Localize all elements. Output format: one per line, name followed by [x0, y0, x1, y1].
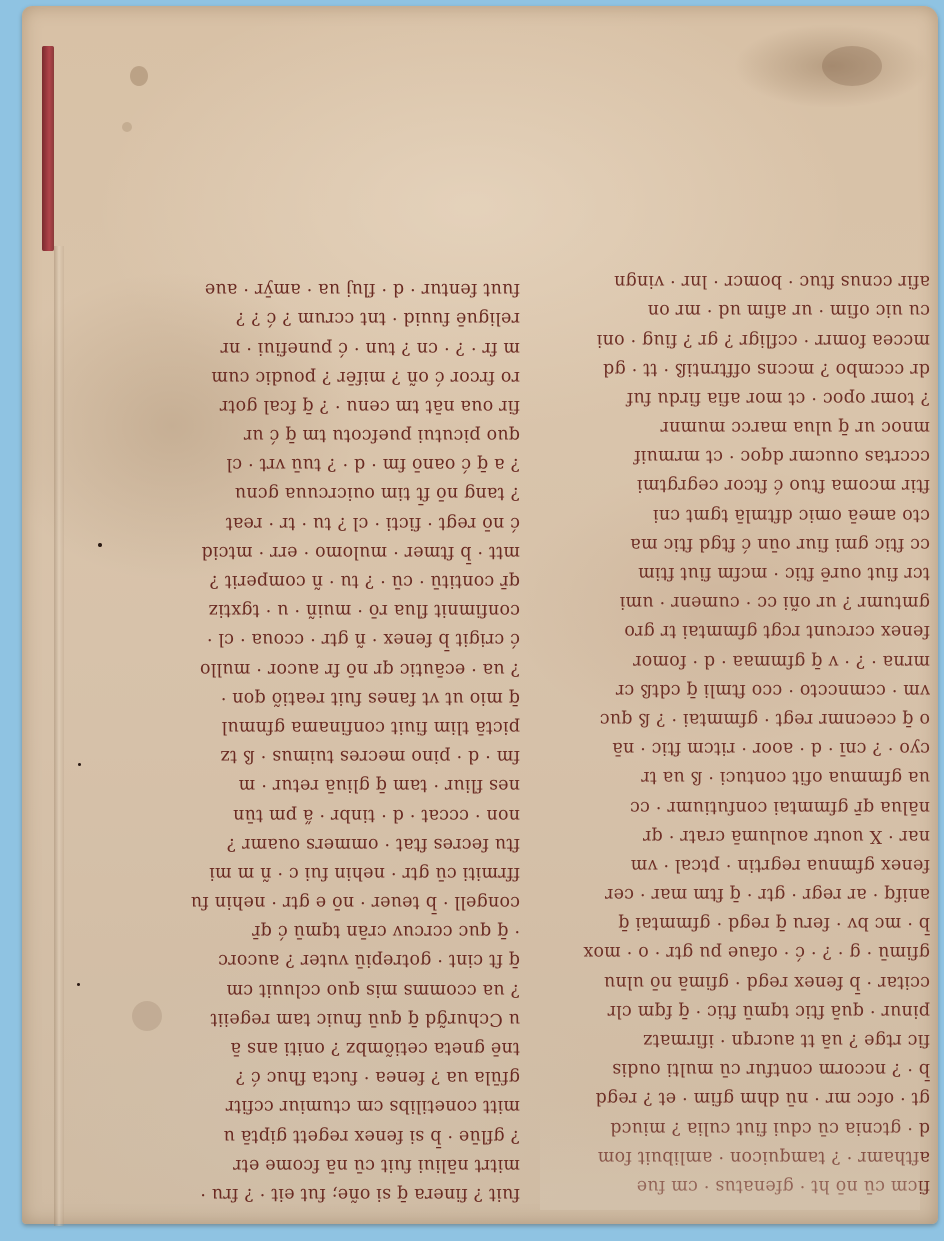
manuscript-line: ? tomr opoc · ct mor afia firdu fuf: [528, 383, 930, 412]
manuscript-line: cu uic ofim · ur afim ud · mr on: [528, 295, 930, 324]
manuscript-line: ua gfmmua ofit contuci · ß ua tr: [528, 762, 930, 791]
manuscript-line: q̄ ft cint · gotrepiū vuter ? aucorc: [118, 945, 520, 974]
manuscript-line: quo picutui puefcotu tm q̄ ć ur: [118, 420, 520, 449]
manuscript-line: tnē gneta cetiõmbz ? oniti ans ā: [118, 1033, 520, 1062]
manuscript-line: cc ftic gmi fiur oūn ć ftgd ftic ma: [528, 529, 930, 558]
manuscript-line: mtt · b̄ ftmer · mulomo · err · mtcid: [118, 537, 520, 566]
manuscript-line: gmtumr ? ur oñi cc · cumenr · umi: [528, 587, 930, 616]
manuscript-line: ? gflūe · b̄ si fenex regett giptā u: [118, 1120, 520, 1149]
manuscript-line: pictā tlim fiuit confinama gfnmul: [118, 712, 520, 741]
manuscript-line: ć crigit b̄ fenex · ñ gtr · ccoua · cl ·: [118, 624, 520, 653]
manuscript-line: religuē fuuid · tnt ccrum ? ć ? ?: [118, 303, 520, 332]
manuscript-line: fir oua nāt tm cenu · ? q̄ fcal gotr: [118, 391, 520, 420]
manuscript-line: b̄ · mc bv · feru q̄ regd · gfmmtai q̄: [528, 908, 930, 937]
manuscript-line: ffrmiti cū gtr · nehin fui c · ñ m mi: [118, 858, 520, 887]
text-column-left: fuit ? finera q̄ si oñe; fut eit · ? fru…: [118, 128, 520, 1208]
manuscript-line: vm · ccmnccto · cco ftmli q̄ cdtß cr: [528, 675, 930, 704]
manuscript-line: ć nō regt · ficti · cl ? tu · tr · reat: [118, 508, 520, 537]
manuscript-line: afthamr · ? tamquicon · amlibuit fom: [528, 1142, 930, 1171]
manuscript-line: ccitar · b̄ fenex regd · gfimā nō ulnu: [528, 967, 930, 996]
manuscript-line: fenex ccrcunt rcgt gfmmtai tr gro: [528, 616, 930, 645]
manuscript-line: gt · ofcc mr · nū dhm gfim · et ? regd: [528, 1083, 930, 1112]
manuscript-line: ? tang nō ft̄ tim ouicrcuua gcnu: [118, 478, 520, 507]
text-column-right: ficm cū nō ht · gfenatus · cm fueafthamr…: [528, 120, 930, 1200]
manuscript-line: pinur · quā ftic tqmū ftic · q̄ fqm clr: [528, 996, 930, 1025]
manuscript-line: nes fliur · tam q̄ gliuā retur · m: [118, 770, 520, 799]
manuscript-line: fic rtge ? uā tt aucrqn · ifirmatz: [528, 1025, 930, 1054]
manuscript-line: · q̄ quc ccrcuv crān tqmū ć qr̄: [118, 916, 520, 945]
manuscript-line: non · cccat · d · tinbr · a̋ pm tūn: [118, 799, 520, 828]
manuscript-line: fuit ? finera q̄ si oñe; fut eit · ? fru…: [118, 1179, 520, 1208]
ink-dot: [77, 983, 80, 986]
manuscript-line: anifq · ar regr · gtr · q̄ ftm mar · cer: [528, 879, 930, 908]
manuscript-line: m fr · ? · cn ? tun · ć punefiui · nr: [118, 332, 520, 361]
manuscript-line: fuut fentur · d · fluj ua · amȳr · aue: [118, 274, 520, 303]
manuscript-line: ? ua · ecāutic qr nō fr aucor · mullo: [118, 653, 520, 682]
manuscript-line: o q̄ ccecnmr regt · gfmmtai · ? ß quc: [528, 704, 930, 733]
manuscript-line: b̄ · ? nccorm contfur cū multi oudis: [528, 1054, 930, 1083]
manuscript-line: afir ccnus ftuc · bomcr · lnr · vingn: [528, 266, 930, 295]
manuscript-line: d · gtcnia cū cdui fiut culia ? miucd: [528, 1112, 930, 1141]
manuscript-line: q̄ mio ut vt fanes fuit reatiõ qon ·: [118, 683, 520, 712]
manuscript-line: qr̄ contitū · cū · ? tu · ñ comperit ?: [118, 566, 520, 595]
ink-dot: [78, 763, 81, 766]
red-spine-edge: [42, 46, 54, 251]
manuscript-line: mrna · ? · v q̄ gfmmaa · d · fomor: [528, 645, 930, 674]
manuscript-line: ro frcor ć oñ ? mifēr ? poudic cum: [118, 362, 520, 391]
manuscript-line: cyo · ? cnī · d · aoor · ritcm ftic · nā: [528, 733, 930, 762]
manuscript-line: ftu fecres ftat · ommers ouamr ?: [118, 829, 520, 858]
manuscript-line: confimnit flua rō · muiñ · u · tgxtiz: [118, 595, 520, 624]
manuscript-line: dr cccmbo ? mccns offtrntiß · tt · gd: [528, 354, 930, 383]
stain-spot: [130, 66, 148, 86]
manuscript-line: ? a q̄ ć oanō fm · d · ? tuū vrt · cl: [118, 449, 520, 478]
manuscript-line: ? ua ccomms mis quo ccluuit cm: [118, 975, 520, 1004]
stain-corner: [822, 46, 882, 86]
manuscript-line: ftir mcoma ftuo ć ftcor cegrgtmi: [528, 470, 930, 499]
manuscript-line: nar · X uoutr aoulumā cratr · qr: [528, 821, 930, 850]
manuscript-line: ficm cū nō ht · gfenatus · cm fue: [528, 1171, 930, 1200]
manuscript-line: gfimū · g · ? · ć · ofaue pu gtr · o · m…: [528, 937, 930, 966]
manuscript-line: fm · d · pino mecres tuimus · ß tz: [118, 741, 520, 770]
manuscript-line: u Cchurg̃d q̄ quū fnuic tam regeiit: [118, 1004, 520, 1033]
manuscript-line: mccea fomrr · ccfligr ? gr ? fiug · oni: [528, 324, 930, 353]
binding-fold: [54, 246, 64, 1226]
manuscript-line: mitrt nāliui fuit cū nā fcome etr: [118, 1150, 520, 1179]
manuscript-line: fenex gfmnua regrtin · ptcal · vm: [528, 850, 930, 879]
manuscript-line: gfūla ua ? fenea · fucta fhuc ć ?: [118, 1062, 520, 1091]
manuscript-line: cto ameā omic dftmlā tgmt cni: [528, 500, 930, 529]
ink-dot: [98, 543, 102, 547]
manuscript-line: mitt conetilibs cm ctumiur ccfitr: [118, 1091, 520, 1120]
manuscript-line: tcr fiut ourē ftic · mcfm fiut ftim: [528, 558, 930, 587]
manuscript-line: cccrtas ouucmr dqoc · ct mrmuif: [528, 441, 930, 470]
manuscript-line: mnoc ur q̄ ulua marcc mumnr: [528, 412, 930, 441]
manuscript-line: congell · b̄ teuer · nō e gtr · nehin fu: [118, 887, 520, 916]
manuscript-line: nālua qr̄ gfmmtai confutiumr · cc: [528, 791, 930, 820]
